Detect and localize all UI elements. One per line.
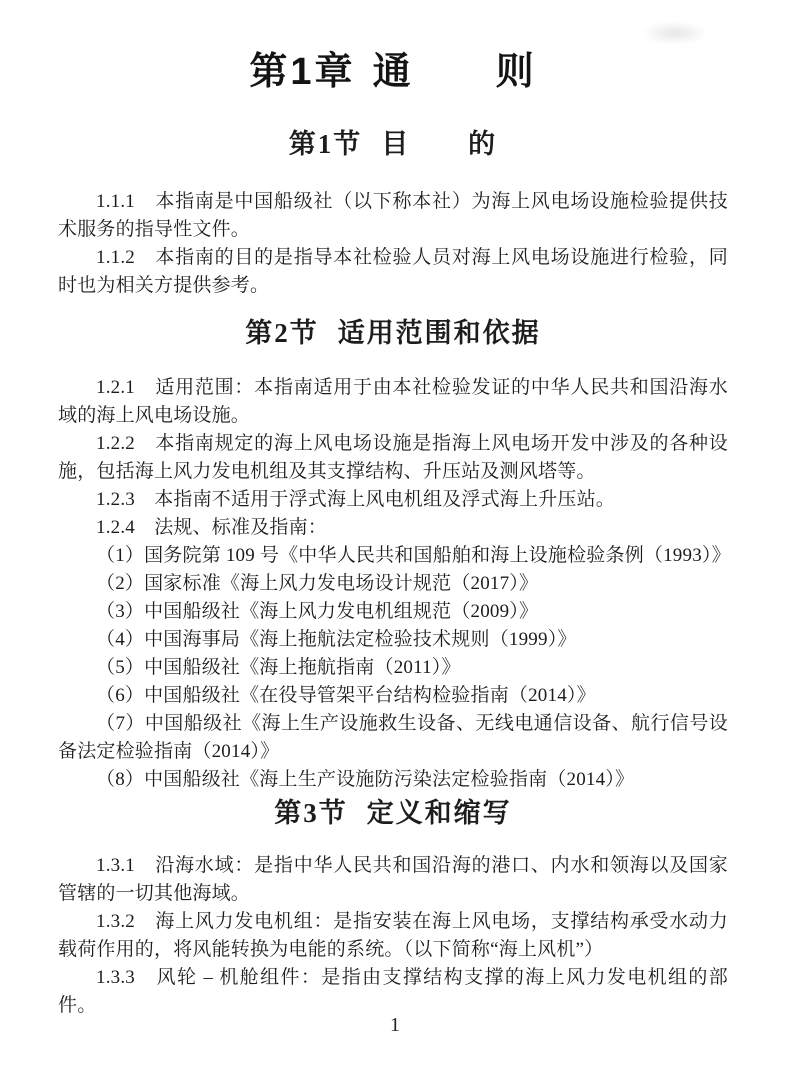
section-1-title-text: 目 的 — [381, 129, 497, 159]
paragraph-1-2-2: 1.2.2 本指南规定的海上风电场设施是指海上风电场开发中涉及的各种设施，包括海… — [58, 430, 728, 486]
paragraph-1-2-1: 1.2.1 适用范围：本指南适用于由本社检验发证的中华人民共和国沿海水域的海上风… — [58, 374, 728, 430]
section-3-title-text: 定义和缩写 — [367, 798, 512, 828]
chapter-title-text: 通 则 — [373, 51, 537, 93]
section-1-body: 1.1.1 本指南是中国船级社（以下称本社）为海上风电场设施检验提供技术服务的指… — [58, 188, 728, 300]
section-1-label: 第1节 — [289, 129, 363, 159]
list-item-2: （2）国家标准《海上风力发电场设计规范（2017）》 — [58, 570, 728, 598]
page-content: 第1章通 则 第1节目 的 1.1.1 本指南是中国船级社（以下称本社）为海上风… — [0, 50, 790, 1020]
list-item-1: （1）国务院第 109 号《中华人民共和国船舶和海上设施检验条例（1993）》 — [58, 542, 728, 570]
paragraph-1-1-1: 1.1.1 本指南是中国船级社（以下称本社）为海上风电场设施检验提供技术服务的指… — [58, 188, 728, 244]
page-number: 1 — [0, 1012, 790, 1038]
section-3-heading: 第3节定义和缩写 — [58, 796, 728, 830]
paragraph-1-3-2: 1.3.2 海上风力发电机组：是指安装在海上风电场，支撑结构承受水动力载荷作用的… — [58, 908, 728, 964]
paragraph-1-1-2: 1.1.2 本指南的目的是指导本社检验人员对海上风电场设施进行检验，同时也为相关… — [58, 244, 728, 300]
chapter-title: 第1章通 则 — [58, 50, 728, 94]
document-page: 第1章通 则 第1节目 的 1.1.1 本指南是中国船级社（以下称本社）为海上风… — [0, 0, 790, 1078]
paragraph-1-2-4: 1.2.4 法规、标准及指南： — [58, 514, 728, 542]
section-2-title-text: 适用范围和依据 — [338, 318, 541, 348]
section-2-body: 1.2.1 适用范围：本指南适用于由本社检验发证的中华人民共和国沿海水域的海上风… — [58, 374, 728, 794]
section-3-label: 第3节 — [274, 798, 348, 828]
list-item-6: （6）中国船级社《在役导管架平台结构检验指南（2014）》 — [58, 682, 728, 710]
section-2-label: 第2节 — [245, 318, 319, 348]
scan-smudge-artifact — [644, 22, 706, 44]
chapter-label: 第1章 — [249, 51, 355, 93]
list-item-4: （4）中国海事局《海上拖航法定检验技术规则（1999）》 — [58, 626, 728, 654]
list-item-8: （8）中国船级社《海上生产设施防污染法定检验指南（2014）》 — [58, 766, 728, 794]
paragraph-1-2-3: 1.2.3 本指南不适用于浮式海上风电机组及浮式海上升压站。 — [58, 486, 728, 514]
list-item-3: （3）中国船级社《海上风力发电机组规范（2009）》 — [58, 598, 728, 626]
section-1-heading: 第1节目 的 — [58, 128, 728, 160]
section-2-heading: 第2节适用范围和依据 — [58, 316, 728, 350]
list-item-5: （5）中国船级社《海上拖航指南（2011）》 — [58, 654, 728, 682]
paragraph-1-3-1: 1.3.1 沿海水域：是指中华人民共和国沿海的港口、内水和领海以及国家管辖的一切… — [58, 852, 728, 908]
section-3-body: 1.3.1 沿海水域：是指中华人民共和国沿海的港口、内水和领海以及国家管辖的一切… — [58, 852, 728, 1020]
list-item-7: （7）中国船级社《海上生产设施救生设备、无线电通信设备、航行信号设备法定检验指南… — [58, 710, 728, 766]
